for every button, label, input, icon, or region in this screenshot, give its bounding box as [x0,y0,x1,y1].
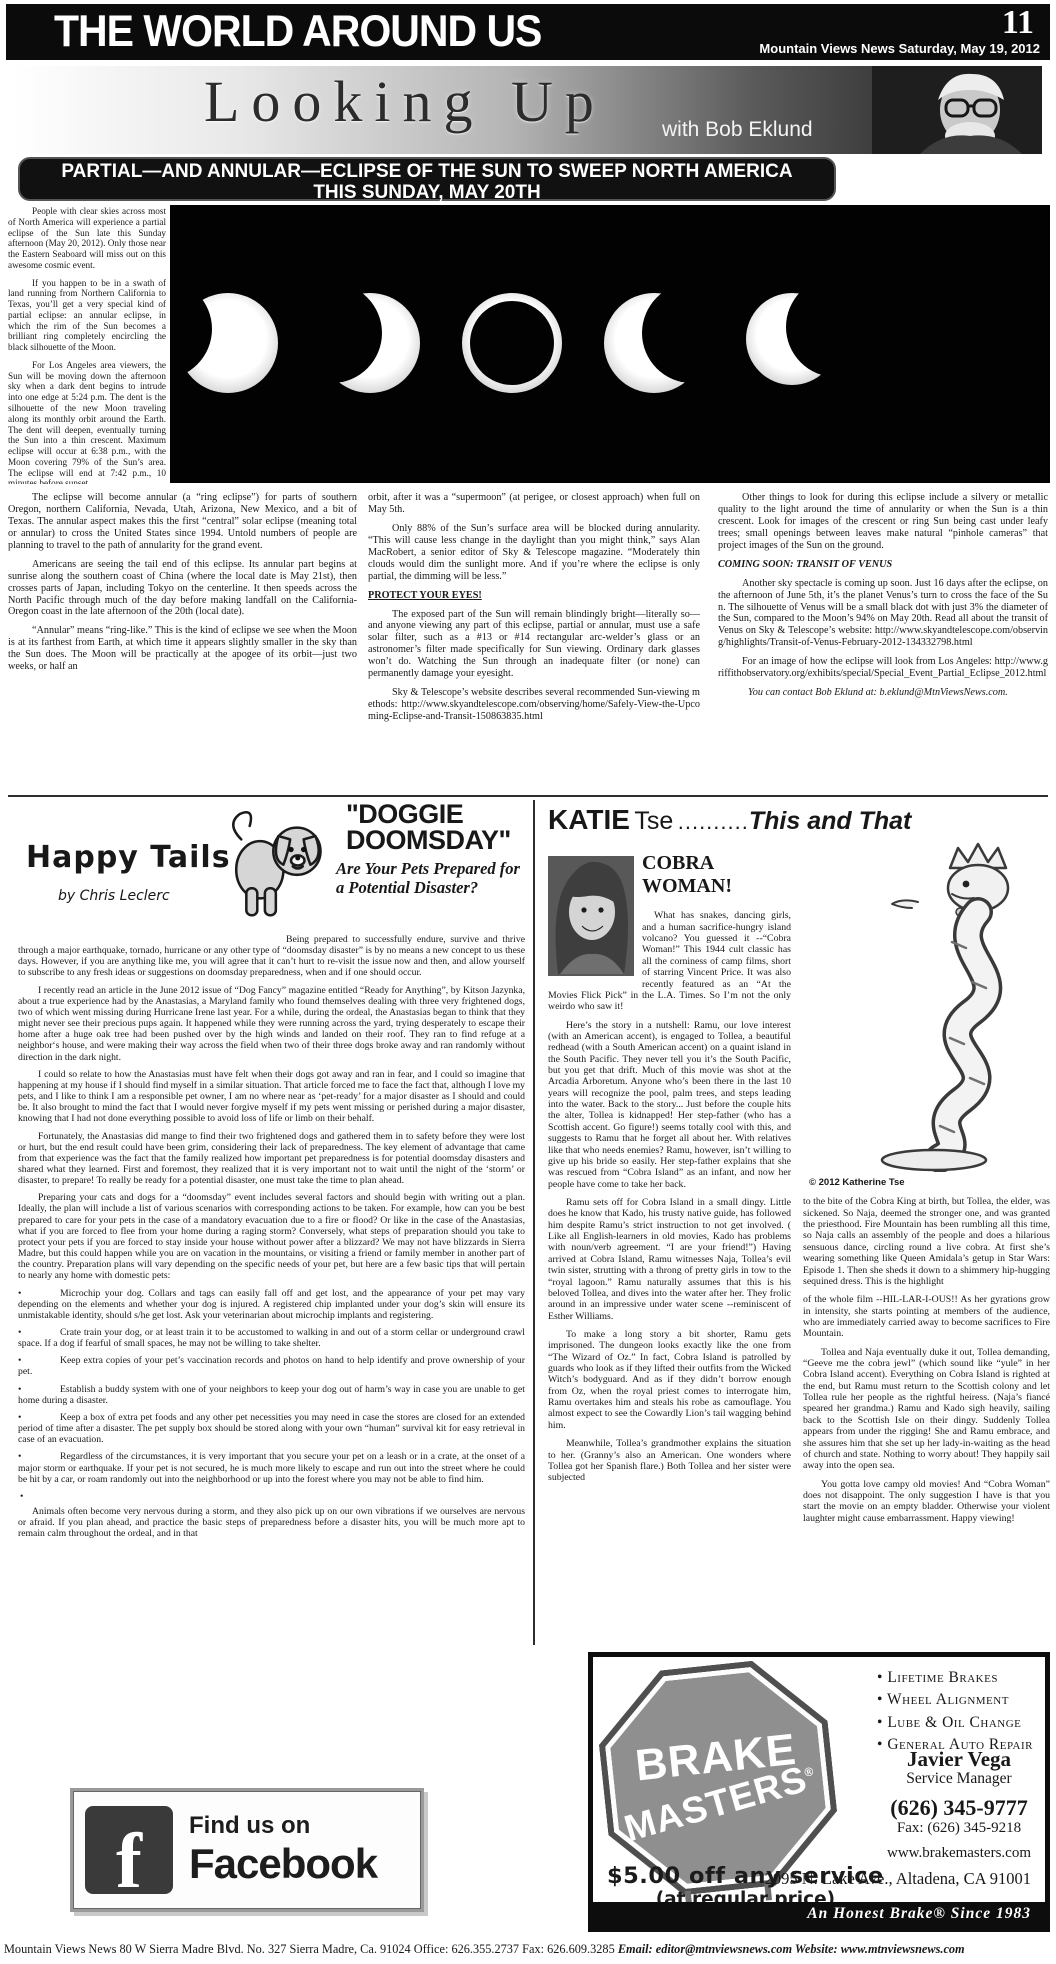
tip-item: •Crate train your dog, or at least train… [18,1327,525,1349]
paragraph: Meanwhile, Tollea’s grandmother explains… [548,1438,791,1483]
katie-column-header: KATIE Tse ..........This and That [548,804,1050,836]
paragraph: to the bite of the Cobra King at birth, … [803,1196,1050,1287]
section-title: THE WORLD AROUND US [54,6,541,57]
tip-text: Regardless of the circumstances, it is v… [18,1451,525,1484]
dog-clipart-icon [216,802,334,924]
eclipse-sequence-image [170,205,1050,483]
paragraph: Here’s the story in a nutshell: Ramu, ou… [548,1020,791,1190]
bullet-icon: • [877,1714,883,1731]
katie-tse-photo [548,856,634,976]
eclipse-intro-column: People with clear skies across most of N… [8,206,166,484]
katie-intro-block: COBRA WOMAN! What has snakes, dancing gi… [548,852,791,1013]
happy-tails-header: Happy Tails by Chris Leclerc [18,802,525,934]
paragraph: For Los Angeles area viewers, the Sun wi… [8,360,166,484]
paragraph: Tollea and Naja eventually duke it out, … [803,1347,1050,1472]
tip-item: •Keep a box of extra pet foods and any o… [18,1412,525,1445]
happy-tails-headline: "DOGGIE DOOMSDAY" [346,802,511,853]
brake-masters-ad: BRAKE MASTERS® • Lifetime Brakes • Wheel… [588,1652,1050,1932]
column-name: This and That [749,807,912,835]
facebook-ad: f Find us on Facebook [70,1788,424,1912]
page-footer: Mountain Views News 80 W Sierra Madre Bl… [0,1942,1056,1957]
website-url: www.brakemasters.com [887,1845,1031,1862]
tip-text: Keep a box of extra pet foods and any ot… [18,1412,525,1445]
paragraph: I could so relate to how the Anastasias … [18,1069,525,1125]
paragraph: I recently read an article in the June 2… [18,985,525,1063]
paragraph: orbit, after it was a “supermoon” (at pe… [368,492,700,516]
paragraph: Fortunately, the Anastasias did mange to… [18,1131,525,1187]
cobra-illustration [803,842,1050,1175]
katie-article-columns: COBRA WOMAN! What has snakes, dancing gi… [548,842,1050,1531]
eclipse-phase-5-image [746,293,838,385]
tip-text: Microchip your dog. Collars and tags can… [18,1288,525,1321]
registered-mark: ® [803,1763,816,1779]
eclipse-phase-2-image [320,293,420,393]
headline-line-1: PARTIAL—AND ANNULAR—ECLIPSE OF THE SUN T… [20,161,834,182]
paragraph-with-url: Sky & Telescope’s website describes seve… [368,687,700,723]
paragraph: Ramu sets off for Cobra Island in a smal… [548,1197,791,1322]
article-headline: PARTIAL—AND ANNULAR—ECLIPSE OF THE SUN T… [18,157,836,201]
cobra-drawing-image [822,842,1032,1172]
header-dots: .......... [678,809,749,834]
eclipse-phase-3-annular-image [462,293,562,393]
masthead-bar: THE WORLD AROUND US 11 Mountain Views Ne… [6,4,1050,60]
edition-dateline: Mountain Views News Saturday, May 19, 20… [759,41,1040,56]
happy-tails-body: Being prepared to successfully endure, s… [18,934,525,1540]
eclipse-column-b: orbit, after it was a “supermoon” (at pe… [368,492,700,794]
contact-line: You can contact Bob Eklund at: b.eklund@… [718,687,1048,699]
fax-number: Fax: (626) 345-9218 [887,1820,1031,1837]
paragraph: To make a long story a bit shorter, Ramu… [548,1329,791,1431]
phone-number: (626) 345-9777 [887,1796,1031,1820]
bullet-icon: • [18,1412,60,1423]
column-banner: Looking Up with Bob Eklund [14,66,1042,154]
katie-left-column: COBRA WOMAN! What has snakes, dancing gi… [548,842,791,1531]
headline-line-2: THIS SUNDAY, MAY 20TH [20,182,834,203]
tip-text: Establish a buddy system with one of you… [18,1384,525,1406]
katie-right-column: © 2012 Katherine Tse to the bite of the … [803,842,1050,1531]
katie-tse-article: KATIE Tse ..........This and That [548,802,1050,1645]
tip-item: •Establish a buddy system with one of yo… [18,1384,525,1406]
facebook-f-icon: f [85,1806,173,1894]
paragraph: “Annular” means “ring-like.” This is the… [8,625,357,673]
column-byline: with Bob Eklund [662,118,813,142]
offer-line-1: $5.00 off any service [607,1863,884,1889]
bullet-icon: • [877,1669,883,1686]
bullet-icon: • [18,1451,60,1462]
paragraph: of the whole film --HIL-LAR-I-OUS!! As h… [803,1294,1050,1339]
facebook-ad-line-2: Facebook [189,1840,377,1888]
paragraph: If you happen to be in a swath of land r… [8,278,166,353]
paragraph-with-url: For an image of how the eclipse will loo… [718,656,1048,680]
service-item: • Lube & Oil Change [877,1712,1033,1734]
service-label: Wheel Alignment [887,1691,1009,1708]
manager-title: Service Manager [887,1770,1031,1788]
paragraph: Being prepared to successfully endure, s… [18,934,525,979]
happy-tails-subtitle: Are Your Pets Prepared for a Potential D… [336,860,520,898]
headline-line-2: DOOMSDAY" [346,828,511,854]
paragraph: Preparing your cats and dogs for a “doom… [18,1192,525,1281]
bullet-icon: • [877,1736,883,1753]
paragraph: Other things to look for during this ecl… [718,492,1048,552]
stray-bullet-icon: • [20,1491,525,1502]
tagline-bar: An Honest Brake® Since 1983 [593,1902,1045,1927]
service-label: Lube & Oil Change [887,1714,1021,1731]
bullet-icon: • [18,1355,60,1366]
subhead-protect-your-eyes: PROTECT YOUR EYES! [368,590,700,602]
bob-eklund-photo [872,66,1042,154]
tip-item: •Keep extra copies of your pet’s vaccina… [18,1355,525,1377]
bullet-icon: • [18,1384,60,1395]
service-item: • Wheel Alignment [877,1689,1033,1711]
paragraph: Only 88% of the Sun’s surface area will … [368,523,700,583]
tip-item: •Regardless of the circumstances, it is … [18,1451,525,1484]
paragraph: Animals often become very nervous during… [18,1506,525,1539]
contact-block: Javier Vega Service Manager (626) 345-97… [887,1749,1031,1862]
bullet-icon: • [877,1691,883,1708]
page-number: 11 [1002,4,1034,42]
author-last-name: Tse [634,807,673,835]
bullet-icon: • [18,1288,60,1299]
subtitle-line-1: Are Your Pets Prepared for [336,860,520,879]
service-label: Lifetime Brakes [887,1669,998,1686]
manager-name: Javier Vega [887,1749,1031,1770]
paragraph: People with clear skies across most of N… [8,206,166,271]
author-first-name: KATIE [548,804,630,835]
tip-item: •Microchip your dog. Collars and tags ca… [18,1288,525,1321]
eclipse-phase-1-image [178,293,278,393]
eclipse-phase-4-image [604,293,704,393]
column-title: Looking Up [204,68,606,135]
headline-line-1: "DOGGIE [346,802,511,828]
subtitle-line-2: a Potential Disaster? [336,879,520,898]
section-divider [8,795,1048,797]
paragraph: Americans are seeing the tail end of thi… [8,559,357,619]
happy-tails-title: Happy Tails [26,840,231,875]
paragraph: The exposed part of the Sun will remain … [368,609,700,681]
facebook-ad-line-1: Find us on [189,1812,377,1840]
subhead-transit-of-venus: COMING SOON: TRANSIT OF VENUS [718,559,1048,571]
facebook-ad-text: Find us on Facebook [189,1812,377,1888]
happy-tails-byline: by Chris Leclerc [58,888,170,904]
eclipse-article-columns: The eclipse will become annular (a “ring… [0,492,1056,794]
column-divider [533,800,535,1645]
happy-tails-article: Happy Tails by Chris Leclerc [18,802,525,1777]
bullet-icon: • [18,1327,60,1338]
paragraph: You gotta love campy old movies! And “Co… [803,1479,1050,1524]
footer-contact-info: Mountain Views News 80 W Sierra Madre Bl… [4,1942,618,1956]
cobra-image-caption: © 2012 Katherine Tse [809,1177,1050,1188]
service-item: • Lifetime Brakes [877,1667,1033,1689]
eclipse-column-c: Other things to look for during this ecl… [718,492,1048,794]
paragraph-with-url: Another sky spectacle is coming up soon.… [718,578,1048,650]
footer-email-website: Email: editor@mtnviewsnews.com Website: … [618,1942,965,1956]
services-list: • Lifetime Brakes • Wheel Alignment • Lu… [877,1667,1033,1757]
newspaper-page: THE WORLD AROUND US 11 Mountain Views Ne… [0,0,1056,1964]
tip-text: Keep extra copies of your pet’s vaccinat… [18,1355,525,1377]
paragraph: The eclipse will become annular (a “ring… [8,492,357,552]
eclipse-column-a: The eclipse will become annular (a “ring… [8,492,357,794]
tip-text: Crate train your dog, or at least train … [18,1327,525,1349]
